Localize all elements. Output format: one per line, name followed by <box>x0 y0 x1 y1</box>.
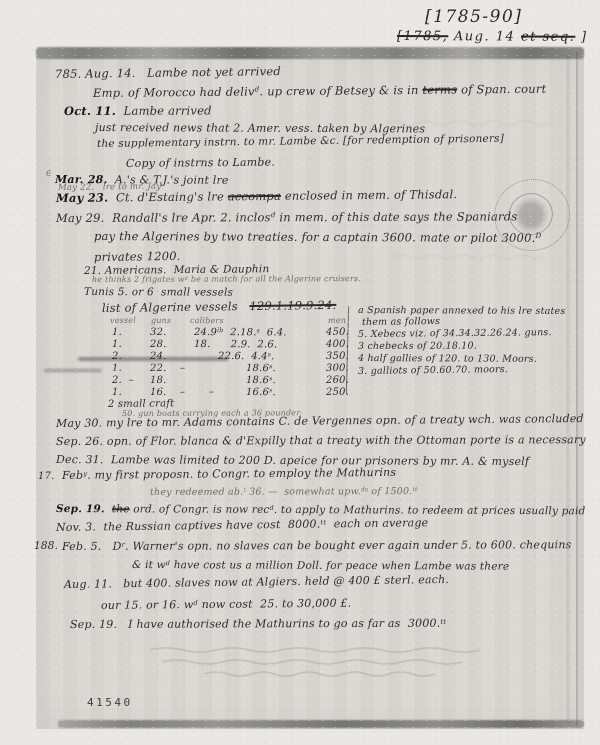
manuscript-text-segment: Lambe arrived <box>116 103 212 117</box>
manuscript-line: 24. <box>150 352 167 363</box>
manuscript-text-segment: t <box>243 488 246 494</box>
manuscript-text-segment: 1. <box>112 387 122 398</box>
manuscript-text-segment: a Spanish paper annexed to his lre state… <box>358 305 565 317</box>
manuscript-text-segment: 260. <box>326 375 349 386</box>
manuscript-line: 3 chebecks of 20.18.10. <box>358 342 477 352</box>
manuscript-line: 5. Xebecs viz. of 34.34.32.26.24. guns. <box>358 328 552 340</box>
manuscript-text-segment: now cost 25. to 30,000 £. <box>198 597 351 611</box>
manuscript-text-segment: 1. <box>112 339 122 350</box>
manuscript-line: 188. <box>34 541 58 552</box>
manuscript-line: our 15. or 16. wd now cost 25. to 30,000… <box>101 598 351 612</box>
manuscript-text-segment: 1. <box>112 327 122 338</box>
manuscript-text-segment: 32. <box>150 327 167 338</box>
manuscript-text-segment: each on average <box>326 516 428 530</box>
manuscript-text-segment: 6 <box>46 169 51 178</box>
manuscript-line: just received news that 2. Amer. vess. t… <box>95 122 425 135</box>
manuscript-text-segment: vessel <box>110 316 136 325</box>
manuscript-text-segment: them as follows <box>362 316 440 328</box>
manuscript-line: vessel <box>110 317 136 326</box>
manuscript-text-segment: 22. – <box>150 363 185 374</box>
manuscript-text-segment: d <box>193 599 198 607</box>
manuscript-text-segment: s <box>269 375 272 382</box>
manuscript-text-segment: 18.6 <box>246 375 269 386</box>
manuscript-text-segment: . up crew of Betsey & is in <box>259 83 422 99</box>
manuscript-text-segment: he thinks 2 frigates w <box>92 275 185 284</box>
manuscript-line: Aug. 11. but 400. slaves now at Algiers.… <box>64 574 449 591</box>
manuscript-text-segment: Sep. 19. I have authorised the Mathurins… <box>70 617 440 631</box>
manuscript-line: 2. <box>112 352 122 363</box>
manuscript-line: men <box>328 317 346 326</box>
manuscript-text-segment: 18. <box>150 375 167 386</box>
manuscript-text-segment: in mem. of this date says the Spaniards <box>276 209 518 224</box>
manuscript-text-segment: 18. 2.9. 2.6. <box>194 339 277 350</box>
manuscript-text-segment: 2. <box>112 351 122 362</box>
manuscript-text-segment: . Warner's opn. no slaves can be bought … <box>125 538 571 553</box>
manuscript-text-segment: 350. <box>326 351 349 362</box>
manuscript-line: pay the Algerines by two treaties. for a… <box>94 230 541 244</box>
manuscript-text-segment: 16.6 <box>246 387 269 398</box>
manuscript-text-segment: 3 chebecks of 20.18.10. <box>358 341 477 352</box>
manuscript-text-segment: 785. Aug. 14. Lambe not yet arrived <box>55 64 281 81</box>
manuscript-text-segment: 450. <box>326 327 349 338</box>
manuscript-text-segment: 4 half gallies of 120. to 130. Moors. <box>358 353 537 365</box>
manuscript-line: 32. <box>150 328 167 339</box>
manuscript-line: 2. – <box>112 376 134 387</box>
manuscript-text-segment: . my first proposn. to Congr. to employ … <box>87 466 396 482</box>
manuscript-text-segment: have cost us a million Doll. for peace w… <box>170 559 509 572</box>
manuscript-text-segment: privates 1200. <box>94 249 181 264</box>
manuscript-text-segment: . <box>271 351 274 362</box>
manuscript-text-segment: 5. Xebecs viz. of 34.34.32.26.24. guns. <box>358 327 552 340</box>
manuscript-line: 22.6. 4.4s. <box>218 352 275 363</box>
manuscript-text-segment: 36. — somewhat upw. <box>246 486 361 497</box>
manuscript-text-segment: s <box>269 387 272 394</box>
manuscript-text-segment: ] <box>575 30 587 45</box>
manuscript-text-segment: 16. – – <box>150 387 214 398</box>
manuscript-line: 1. <box>112 388 122 399</box>
manuscript-line: 350. <box>326 352 349 363</box>
manuscript-line: 260. <box>326 376 349 387</box>
manuscript-line: 16. – – <box>150 388 214 399</box>
manuscript-line: a Spanish paper annexed to his lre state… <box>358 306 565 317</box>
manuscript-line: 450. <box>326 328 349 339</box>
manuscript-text-segment: May 23. <box>56 190 108 205</box>
manuscript-text-segment: Ct. d'Estaing's lre <box>108 189 228 204</box>
manuscript-line: 1. <box>112 340 122 351</box>
manuscript-text-segment: Feb <box>62 469 83 482</box>
manuscript-text-segment: d <box>255 85 260 94</box>
manuscript-line: 3. galliots of 50.60.70. moors. <box>358 365 508 377</box>
manuscript-text-segment: 2.18. <box>223 327 256 338</box>
manuscript-text-segment: 22.6. 4.4 <box>218 351 268 362</box>
manuscript-text-segment: enclosed in mem. of Thisdal. <box>281 187 457 203</box>
manuscript-text-segment: tt <box>440 617 446 625</box>
manuscript-text-segment: D <box>535 231 541 240</box>
photostat-scan: [1785-90][1785, Aug. 14 et seq. ]785. Au… <box>0 0 600 745</box>
manuscript-line: Dec. 31. Lambe was limited to 200 D. ape… <box>56 454 529 468</box>
manuscript-text-segment: terms <box>422 83 457 97</box>
manuscript-text-segment <box>105 503 112 515</box>
manuscript-text-segment: of 1500. <box>368 486 412 497</box>
manuscript-line: May 23. Ct. d'Estaing's lre accompa encl… <box>56 188 457 204</box>
manuscript-text-segment: the supplementary instrn. to mr. Lambe &… <box>97 133 504 150</box>
manuscript-text-segment: 28. <box>150 339 167 350</box>
manuscript-text-segment: 2. – <box>112 375 134 386</box>
manuscript-text-segment: . <box>272 387 275 398</box>
manuscript-line: Emp. of Morocco had delivd. up crew of B… <box>93 83 547 99</box>
manuscript-line: they redeemed ab.t 36. — somewhat upw.ds… <box>150 487 418 498</box>
manuscript-line: [1785, Aug. 14 et seq. ] <box>397 30 588 44</box>
manuscript-text-segment: Aug. 11. but 400. slaves now at Algiers.… <box>64 573 449 591</box>
manuscript-text-segment: 24.9 <box>194 327 217 338</box>
manuscript-line: Nov. 3. the Russian captives have cost 8… <box>56 517 429 533</box>
manuscript-line: Copy of instrns to Lambe. <box>126 157 275 170</box>
manuscript-text-segment: [1785-90] <box>425 7 522 27</box>
manuscript-text-segment: Copy of instrns to Lambe. <box>126 156 275 170</box>
manuscript-text-segment: Tunis 5. or 6 small vessels <box>84 286 233 299</box>
manuscript-text-segment: Emp. of Morocco had deliv <box>93 84 255 100</box>
manuscript-text-segment: lb <box>217 327 223 334</box>
manuscript-text-segment: [1785, <box>397 29 448 44</box>
catalog-number: 41540 <box>87 696 133 709</box>
manuscript-line: 18.6s. <box>246 376 276 387</box>
manuscript-text-layer: [1785-90][1785, Aug. 14 et seq. ]785. Au… <box>0 0 600 745</box>
manuscript-line: 785. Aug. 14. Lambe not yet arrived <box>55 65 281 80</box>
manuscript-text-segment: tt <box>320 518 326 526</box>
manuscript-text-segment: 6.4. <box>260 327 287 338</box>
manuscript-line: Sep. 19. I have authorised the Mathurins… <box>70 618 446 631</box>
manuscript-line: 1. <box>112 328 122 339</box>
manuscript-line: 18. 2.9. 2.6. <box>194 340 277 351</box>
manuscript-text-segment: s <box>268 351 271 358</box>
manuscript-text-segment: Sep. 26. opn. of Flor. blanca & d'Expill… <box>56 433 586 448</box>
manuscript-line: 28. <box>150 340 167 351</box>
manuscript-text-segment: d <box>271 211 276 220</box>
manuscript-line: Oct. 11. Lambe arrived <box>64 104 212 117</box>
manuscript-text-segment: 250. <box>326 387 349 398</box>
manuscript-line: he thinks 2 frigates wd be a match for a… <box>92 275 361 284</box>
manuscript-text-segment: s <box>257 327 260 334</box>
manuscript-line: May 29. Randall's lre Apr. 2. inclosd in… <box>56 210 517 224</box>
manuscript-text-segment: d <box>269 504 273 512</box>
manuscript-text-segment: 24. <box>150 351 167 362</box>
manuscript-text-segment: Sep. 19. <box>56 503 105 515</box>
manuscript-text-segment: 188. <box>34 540 58 552</box>
manuscript-line: 17. <box>38 472 55 483</box>
manuscript-line: 24.9lb 2.18.s 6.4. <box>194 328 287 339</box>
manuscript-text-segment: Aug. 14 <box>448 29 521 44</box>
manuscript-text-segment: 129.1.19.9.24. <box>249 298 336 313</box>
manuscript-line: 300. <box>326 364 349 375</box>
manuscript-text-segment: calibers <box>190 316 224 325</box>
manuscript-text-segment: s <box>269 363 272 370</box>
manuscript-text-segment: d <box>185 275 188 281</box>
manuscript-text-segment: tt <box>412 487 417 493</box>
manuscript-line: 4 half gallies of 120. to 130. Moors. <box>358 354 537 365</box>
manuscript-text-segment: d <box>166 559 170 567</box>
manuscript-text-segment: 1. <box>112 363 122 374</box>
manuscript-line: & it wd have cost us a million Doll. for… <box>132 560 509 573</box>
manuscript-text-segment: Feb. 5. D <box>62 540 122 553</box>
manuscript-text-segment: the <box>112 503 130 515</box>
manuscript-line: 400. <box>326 340 349 351</box>
manuscript-text-segment: of Span. court <box>457 82 546 97</box>
manuscript-text-segment: 300. <box>326 363 349 374</box>
manuscript-line: 1. <box>112 364 122 375</box>
manuscript-text-segment: Nov. 3. the Russian captives have cost 8… <box>56 518 321 534</box>
manuscript-text-segment: men <box>328 316 346 325</box>
manuscript-line: May 30. my lre to mr. Adams contains C. … <box>56 413 584 430</box>
manuscript-line: [1785-90] <box>425 9 522 27</box>
manuscript-line: Sep. 19. the ord. of Congr. is now recd.… <box>56 504 586 517</box>
manuscript-text-segment: 18.6 <box>246 363 269 374</box>
manuscript-text-segment: et seq. <box>521 30 575 45</box>
manuscript-line: Tunis 5. or 6 small vessels <box>84 287 233 299</box>
manuscript-text-segment: guns <box>151 316 171 325</box>
manuscript-line: 16.6s. <box>246 388 276 399</box>
manuscript-text-segment: they redeemed ab. <box>150 487 243 498</box>
manuscript-line: 6 <box>46 170 51 178</box>
manuscript-line: them as follows <box>362 317 440 328</box>
manuscript-text-segment: . to apply to Mathurins. to redeem at pr… <box>274 504 586 517</box>
manuscript-text-segment: Oct. 11. <box>64 104 116 118</box>
manuscript-line: privates 1200. <box>94 250 181 263</box>
manuscript-text-segment: list of Algerine vessels <box>102 299 250 315</box>
manuscript-line: calibers <box>190 317 224 326</box>
manuscript-text-segment: . <box>272 375 275 386</box>
manuscript-line: Feby. my first proposn. to Congr. to emp… <box>62 467 396 482</box>
manuscript-line: 18. <box>150 376 167 387</box>
manuscript-text-segment: pay the Algerines by two treaties. for a… <box>94 229 536 245</box>
manuscript-text-segment: be a match for all the Algerine cruisers… <box>188 274 361 284</box>
manuscript-line: Feb. 5. Dr. Warner's opn. no slaves can … <box>62 539 572 552</box>
manuscript-text-segment: accompa <box>228 189 281 204</box>
manuscript-text-segment: . <box>272 363 275 374</box>
manuscript-line: the supplementary instrn. to mr. Lambe &… <box>97 134 504 150</box>
manuscript-text-segment: just received news that 2. Amer. vess. t… <box>95 121 425 135</box>
manuscript-text-segment: 17. <box>38 471 55 482</box>
manuscript-line: 250. <box>326 388 349 399</box>
manuscript-text-segment: our 15. or 16. w <box>101 598 194 612</box>
manuscript-text-segment: 3. galliots of 50.60.70. moors. <box>358 364 508 377</box>
manuscript-line: guns <box>151 317 171 325</box>
manuscript-line: list of Algerine vessels 129.1.19.9.24. <box>102 299 336 314</box>
manuscript-text-segment: May 29. Randall's lre Apr. 2. inclos <box>56 210 271 225</box>
manuscript-line: 22. – <box>150 364 185 375</box>
manuscript-line: Sep. 26. opn. of Flor. blanca & d'Expill… <box>56 434 586 447</box>
manuscript-text-segment: r <box>122 540 125 548</box>
manuscript-text-segment: ds <box>361 487 368 493</box>
manuscript-text-segment: 400. <box>326 339 349 350</box>
manuscript-text-segment: & it w <box>132 559 166 571</box>
manuscript-line: 18.6s. <box>246 364 276 375</box>
manuscript-text-segment: ord. of Congr. is now rec <box>130 503 270 516</box>
manuscript-text-segment: y <box>83 469 87 477</box>
